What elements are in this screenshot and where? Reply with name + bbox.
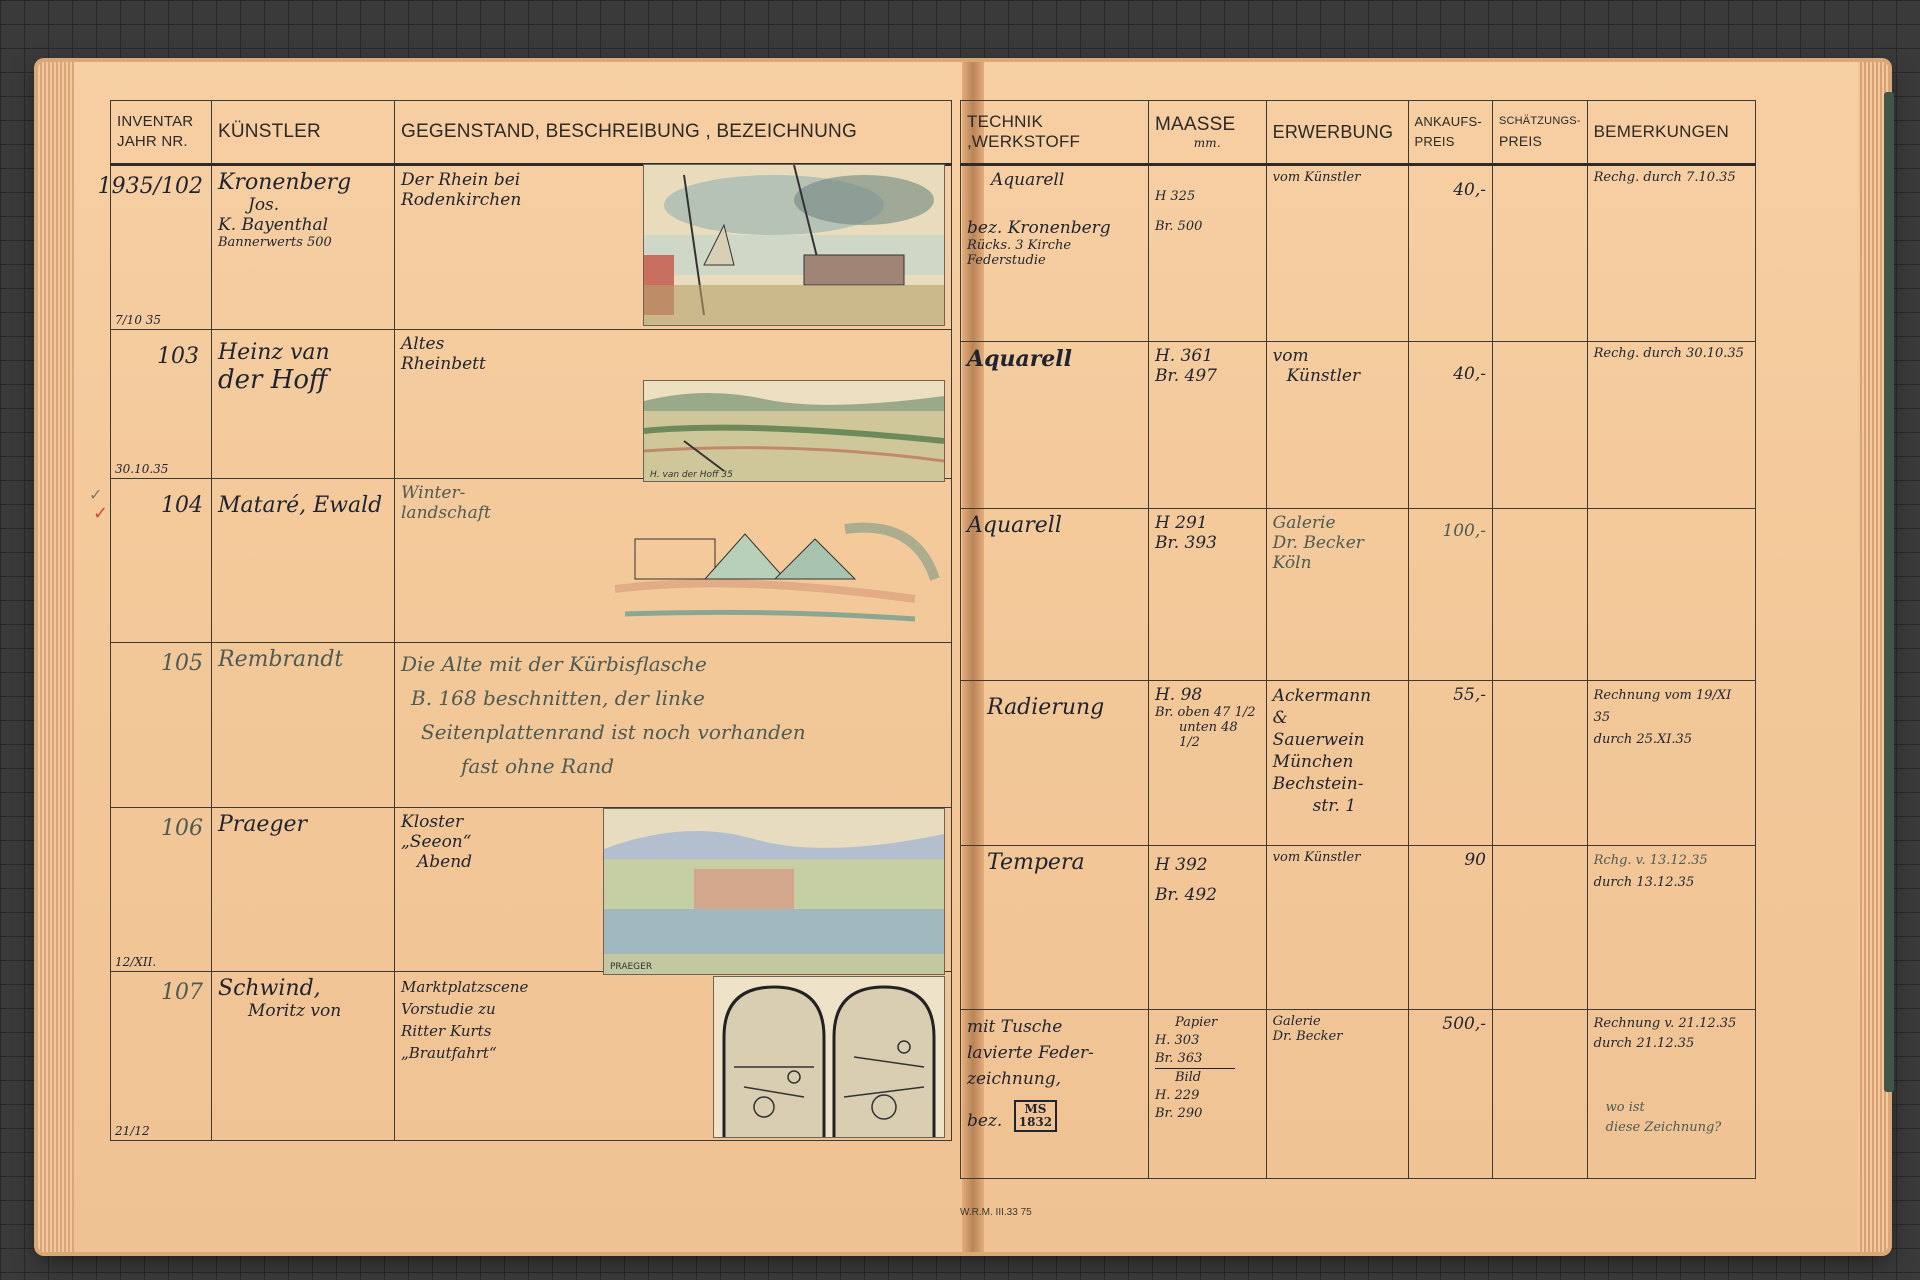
description-line: Abend: [401, 852, 591, 872]
acquisition-text: vom: [1273, 346, 1402, 366]
remark-line: Rechnung v. 21.12.35: [1594, 1014, 1749, 1034]
header-schaetz-line2: PREIS: [1499, 133, 1542, 149]
description-line: Marktplatzscene: [401, 976, 591, 998]
inventory-number: 105: [161, 651, 203, 676]
remark-line: durch 21.12.35: [1594, 1034, 1749, 1054]
acquisition-cell: vom Künstler: [1266, 846, 1408, 1010]
entry-date-mark: 30.10.35: [115, 462, 168, 476]
col-header-gegenstand: GEGENSTAND, BESCHREIBUNG , BEZEICHNUNG: [395, 101, 952, 165]
lake-village-sketch: PRAEGER: [603, 808, 945, 975]
artist-name: Rembrandt: [218, 647, 388, 672]
width-value-top: Br. oben 47 1/2: [1155, 705, 1260, 720]
description-text: Die Alte mit der Kürbisflasche B. 168 be…: [401, 647, 945, 783]
ledger-entry-104-details: Aquarell H 291 Br. 393 Galerie Dr. Becke…: [961, 509, 1756, 681]
width-value: Br. 492: [1155, 880, 1260, 910]
year-nr-cell: 105: [111, 643, 212, 808]
entry-date-mark: 7/10 35: [115, 313, 161, 327]
sketch-drawing-icon: [644, 165, 944, 325]
description-cell: Kloster „Seeon“ Abend PRAEGER: [395, 808, 952, 972]
description-line: Rodenkirchen: [401, 190, 591, 210]
technique-cell: mit Tusche lavierte Feder- zeichnung, be…: [961, 1010, 1149, 1179]
pencil-check-icon: ✓: [89, 485, 102, 504]
estimate-price-cell: [1492, 509, 1587, 681]
acquisition-text: Galerie: [1273, 513, 1402, 533]
verso-note: Rücks. 3 Kirche: [967, 238, 1142, 253]
description-text: Winter- landschaft: [401, 483, 591, 523]
dimensions-cell: H. 361 Br. 497: [1148, 342, 1266, 509]
dimensions-cell: H 325 Br. 500: [1148, 165, 1266, 342]
sketch-drawing-icon: PRAEGER: [604, 809, 944, 974]
height-value: H. 361: [1155, 346, 1260, 366]
description-line: Ritter Kurts: [401, 1020, 591, 1042]
acquisition-text: Dr. Becker: [1273, 1029, 1402, 1044]
remark-line: Rechg. durch 30.10.35: [1594, 346, 1749, 361]
signature-note: bez.: [967, 1111, 1002, 1131]
description-text: Marktplatzscene Vorstudie zu Ritter Kurt…: [401, 976, 591, 1064]
col-header-ankaufspreis: ANKAUFS- PREIS: [1408, 101, 1492, 165]
height-value: H. 303: [1155, 1032, 1260, 1050]
purchase-price-cell: 40,-: [1408, 342, 1492, 509]
technique-cell: Aquarell bez. Kronenberg Rücks. 3 Kirche…: [961, 165, 1149, 342]
market-square-sketch: [713, 976, 945, 1138]
acquisition-text: München: [1273, 751, 1402, 773]
width-value: Br. 497: [1155, 366, 1260, 386]
acquisition-text: Köln: [1273, 553, 1402, 573]
header-row: TECHNIK ,WERKSTOFF MAASSE mm. ERWERBUNG …: [961, 101, 1756, 165]
header-ankauf-line1: ANKAUFS-: [1415, 114, 1482, 129]
left-page-edges: [38, 62, 74, 1252]
artist-cell: Mataré, Ewald: [212, 479, 395, 643]
estimate-price-cell: [1492, 681, 1587, 846]
remark-pencil-note: diese Zeichnung?: [1594, 1118, 1749, 1138]
purchase-price-cell: 100,-: [1408, 509, 1492, 681]
svg-text:PRAEGER: PRAEGER: [610, 962, 652, 972]
header-maasse-label: MAASSE: [1155, 114, 1260, 136]
description-line: „Brautfahrt“: [401, 1042, 591, 1064]
ledger-entry-106: 106 12/XII. Praeger Kloster „Seeon“ Aben…: [111, 808, 952, 972]
description-line: Rheinbett: [401, 354, 591, 374]
technique-text: zeichnung,: [967, 1066, 1142, 1092]
description-line: B. 168 beschnitten, der linke: [401, 681, 945, 715]
ledger-entry-105: 105 Rembrandt Die Alte mit der Kürbisfla…: [111, 643, 952, 808]
artist-name: Mataré, Ewald: [218, 493, 388, 518]
header-schaetz-line1: SCHÄTZUNGS-: [1499, 115, 1581, 127]
estimate-price-cell: [1492, 1010, 1587, 1179]
description-line: Seitenplattenrand ist noch vorhanden: [401, 715, 945, 749]
artist-cell: Praeger: [212, 808, 395, 972]
description-line: fast ohne Rand: [401, 749, 945, 783]
height-value: H 291: [1155, 513, 1260, 533]
height-value: H. 229: [1155, 1087, 1260, 1105]
height-value: H 392: [1155, 850, 1260, 880]
height-value: H 325: [1155, 182, 1260, 212]
ledger-form-code: W.R.M. III.33 75: [960, 1207, 1032, 1218]
remark-pencil-note: wo ist: [1594, 1098, 1749, 1118]
purchase-price-cell: 500,-: [1408, 1010, 1492, 1179]
header-maasse-unit: mm.: [1155, 136, 1260, 150]
year-nr-cell: 103 30.10.35: [111, 330, 212, 479]
remarks-cell: Rchg. v. 13.12.35 durch 13.12.35: [1587, 846, 1755, 1010]
acquisition-text: vom Künstler: [1273, 170, 1402, 185]
paper-label: Papier: [1155, 1014, 1260, 1032]
book-cover-edge: [1884, 92, 1894, 1092]
ledger-left-table: INVENTAR JAHR NR. KÜNSTLER GEGENSTAND, B…: [110, 100, 952, 1141]
ledger-entry-103-details: Aquarell H. 361 Br. 497 vom Künstler 40,…: [961, 342, 1756, 509]
ledger-entry-105-details: Radierung H. 98 Br. oben 47 1/2 unten 48…: [961, 681, 1756, 846]
technique-cell: Aquarell: [961, 509, 1149, 681]
inventory-number: 103: [157, 344, 199, 369]
ledger-entry-102-details: Aquarell bez. Kronenberg Rücks. 3 Kirche…: [961, 165, 1756, 342]
artist-note: Bannerwerts 500: [218, 235, 388, 250]
ledger-right-table: TECHNIK ,WERKSTOFF MAASSE mm. ERWERBUNG …: [960, 100, 1756, 1179]
sketch-drawing-icon: H. van der Hoff 35: [644, 381, 944, 481]
description-line: landschaft: [401, 503, 591, 523]
remark-line: Rechg. durch 7.10.35: [1594, 170, 1749, 185]
winter-landscape-sketch: [615, 519, 945, 629]
width-value: Br. 500: [1155, 212, 1260, 242]
description-line: Der Rhein bei: [401, 170, 591, 190]
description-cell: Winter- landschaft: [395, 479, 952, 643]
technique-text: Aquarell: [967, 346, 1142, 372]
description-line: Altes: [401, 334, 591, 354]
acquisition-cell: Galerie Dr. Becker: [1266, 1010, 1408, 1179]
description-cell: Marktplatzscene Vorstudie zu Ritter Kurt…: [395, 972, 952, 1141]
description-text: Der Rhein bei Rodenkirchen: [401, 170, 591, 210]
artist-cell: Kronenberg Jos. K. Bayenthal Bannerwerts…: [212, 165, 395, 330]
description-line: Winter-: [401, 483, 591, 503]
remarks-cell: Rechnung v. 21.12.35 durch 21.12.35 wo i…: [1587, 1010, 1755, 1179]
col-header-inventar: INVENTAR JAHR NR.: [111, 101, 212, 165]
ledger-entry-104: 104 ✓ ✓ Mataré, Ewald Winter- landschaft: [111, 479, 952, 643]
width-value: Br. 290: [1155, 1105, 1260, 1123]
year-nr-cell: 106 12/XII.: [111, 808, 212, 972]
artist-name: Praeger: [218, 812, 388, 837]
purchase-price-cell: 40,-: [1408, 165, 1492, 342]
technique-text: Radierung: [967, 695, 1142, 720]
verso-note: Federstudie: [967, 253, 1142, 268]
artist-cell: Heinz van der Hoff: [212, 330, 395, 479]
year-nr-cell: 104 ✓ ✓: [111, 479, 212, 643]
purchase-price-cell: 90: [1408, 846, 1492, 1010]
ledger-entry-107: 107 21/12 Schwind, Moritz von Marktplatz…: [111, 972, 952, 1141]
year-nr-cell: 107 21/12: [111, 972, 212, 1141]
description-line: Die Alte mit der Kürbisflasche: [401, 647, 945, 681]
acquisition-text: Galerie: [1273, 1014, 1402, 1029]
artist-firstname: Jos.: [218, 195, 388, 215]
height-value: H. 98: [1155, 685, 1260, 705]
remarks-cell: Rechnung vom 19/XI 35 durch 25.XI.35: [1587, 681, 1755, 846]
acquisition-text: Dr. Becker: [1273, 533, 1402, 553]
header-inventar-line1: INVENTAR: [117, 113, 193, 130]
width-value-bottom: unten 48 1/2: [1155, 720, 1260, 750]
entry-date-mark: 12/XII.: [115, 955, 156, 969]
rhine-landscape-sketch: H. van der Hoff 35: [643, 380, 945, 482]
dimensions-cell: H 392 Br. 492: [1148, 846, 1266, 1010]
acquisition-text: &: [1273, 707, 1402, 729]
dimensions-cell: Papier H. 303 Br. 363 Bild H. 229 Br. 29…: [1148, 1010, 1266, 1179]
red-check-icon: ✓: [93, 503, 108, 524]
description-cell: Der Rhein bei Rodenkirchen: [395, 165, 952, 330]
col-header-bemerkungen: BEMERKUNGEN: [1587, 101, 1755, 165]
monogram-initials: MS: [1024, 1102, 1046, 1116]
monogram-year: 1832: [1019, 1115, 1052, 1129]
sketch-drawing-icon: [714, 977, 944, 1137]
width-value: Br. 363: [1155, 1050, 1235, 1069]
description-line: „Seeon“: [401, 832, 591, 852]
technique-cell: Radierung: [961, 681, 1149, 846]
acquisition-text: vom Künstler: [1273, 850, 1402, 865]
technique-text: lavierte Feder-: [967, 1040, 1142, 1066]
artist-monogram-stamp: MS 1832: [1014, 1100, 1057, 1132]
header-row: INVENTAR JAHR NR. KÜNSTLER GEGENSTAND, B…: [111, 101, 952, 165]
artist-name: Heinz van: [218, 340, 388, 365]
description-text: Kloster „Seeon“ Abend: [401, 812, 591, 872]
artist-name: Kronenberg: [218, 170, 388, 195]
sketch-drawing-icon: [615, 519, 945, 629]
technique-cell: Aquarell: [961, 342, 1149, 509]
remarks-cell: Rechg. durch 30.10.35: [1587, 342, 1755, 509]
technique-cell: Tempera: [961, 846, 1149, 1010]
technique-text: Aquarell: [967, 170, 1142, 190]
col-header-schaetzungspreis: SCHÄTZUNGS- PREIS: [1492, 101, 1587, 165]
technique-text: Aquarell: [967, 513, 1142, 538]
description-line: Vorstudie zu: [401, 998, 591, 1020]
description-text: Altes Rheinbett: [401, 334, 591, 374]
acquisition-text: Bechstein-: [1273, 773, 1402, 795]
acquisition-text: Künstler: [1273, 366, 1402, 386]
estimate-price-cell: [1492, 342, 1587, 509]
remark-line: Rchg. v. 13.12.35: [1594, 850, 1749, 872]
header-ankauf-line2: PREIS: [1415, 134, 1455, 149]
remarks-cell: [1587, 509, 1755, 681]
acquisition-text: Ackermann: [1273, 685, 1402, 707]
acquisition-text: Sauerwein: [1273, 729, 1402, 751]
col-header-kuenstler: KÜNSTLER: [212, 101, 395, 165]
artist-location: K. Bayenthal: [218, 215, 388, 235]
width-value: Br. 393: [1155, 533, 1260, 553]
remark-line: durch 25.XI.35: [1594, 729, 1749, 751]
acquisition-text: str. 1: [1273, 795, 1402, 817]
ledger-entry-106-details: Tempera H 392 Br. 492 vom Künstler 90 Rc…: [961, 846, 1756, 1010]
estimate-price-cell: [1492, 165, 1587, 342]
ledger-entry-103: 103 30.10.35 Heinz van der Hoff Altes Rh…: [111, 330, 952, 479]
technique-text: mit Tusche: [967, 1014, 1142, 1040]
image-label: Bild: [1155, 1069, 1260, 1087]
dimensions-cell: H. 98 Br. oben 47 1/2 unten 48 1/2: [1148, 681, 1266, 846]
remarks-cell: Rechg. durch 7.10.35: [1587, 165, 1755, 342]
inventory-number: 107: [161, 980, 203, 1005]
col-header-erwerbung: ERWERBUNG: [1266, 101, 1408, 165]
ledger-entry-107-details: mit Tusche lavierte Feder- zeichnung, be…: [961, 1010, 1756, 1179]
inventory-number: 1935/102: [98, 174, 203, 199]
acquisition-cell: vom Künstler: [1266, 342, 1408, 509]
description-cell: Die Alte mit der Kürbisflasche B. 168 be…: [395, 643, 952, 808]
header-inventar-line2: JAHR NR.: [117, 133, 188, 150]
col-header-maasse: MAASSE mm.: [1148, 101, 1266, 165]
artist-name-cont: der Hoff: [218, 365, 388, 395]
technique-text: Tempera: [967, 850, 1142, 875]
remark-line: Rechnung vom 19/XI 35: [1594, 685, 1749, 729]
dimensions-cell: H 291 Br. 393: [1148, 509, 1266, 681]
col-header-technik: TECHNIK ,WERKSTOFF: [961, 101, 1149, 165]
acquisition-cell: Ackermann & Sauerwein München Bechstein-…: [1266, 681, 1408, 846]
artist-cell: Rembrandt: [212, 643, 395, 808]
river-harbor-sketch: [643, 164, 945, 326]
entry-date-mark: 21/12: [115, 1124, 150, 1138]
acquisition-cell: Galerie Dr. Becker Köln: [1266, 509, 1408, 681]
year-nr-cell: 1935/102 7/10 35: [111, 165, 212, 330]
remark-line: durch 13.12.35: [1594, 872, 1749, 894]
description-line: Kloster: [401, 812, 591, 832]
artist-firstname: Moritz von: [218, 1001, 388, 1021]
acquisition-cell: vom Künstler: [1266, 165, 1408, 342]
purchase-price-cell: 55,-: [1408, 681, 1492, 846]
inventory-number: 104: [161, 493, 203, 518]
ledger-entry-102: 1935/102 7/10 35 Kronenberg Jos. K. Baye…: [111, 165, 952, 330]
description-cell: Altes Rheinbett H. van der Hoff 35: [395, 330, 952, 479]
inventory-number: 106: [161, 816, 203, 841]
estimate-price-cell: [1492, 846, 1587, 1010]
artist-cell: Schwind, Moritz von: [212, 972, 395, 1141]
artist-name: Schwind,: [218, 976, 388, 1001]
signature-note: bez. Kronenberg: [967, 218, 1142, 238]
